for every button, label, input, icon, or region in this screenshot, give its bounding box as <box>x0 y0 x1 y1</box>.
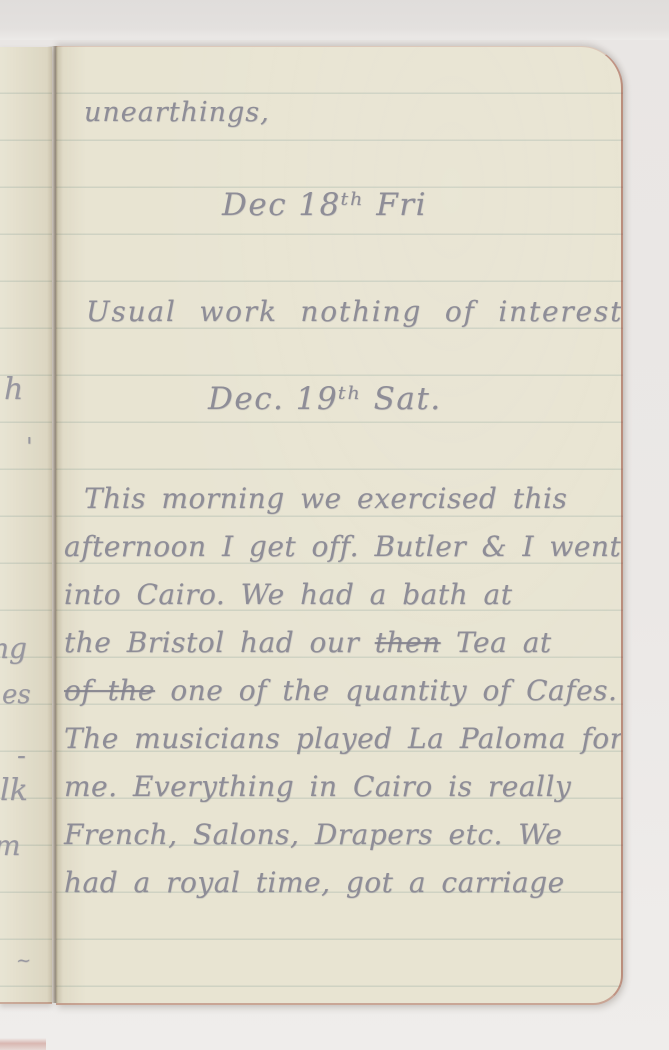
handwritten-line: me. Everything in Cairo is really <box>64 763 623 811</box>
entry-date-heading: Dec 18ᵗʰ Fri <box>222 187 427 223</box>
red-cover-edge <box>0 1038 46 1050</box>
facing-page-text-fragment: m <box>0 829 21 862</box>
book-gutter-shadow <box>47 46 63 1003</box>
facing-page-edge: h ' ng es - lk m ~ <box>0 47 52 1004</box>
word-run: into Cairo. We had a bath at <box>64 578 512 611</box>
word-run: This morning we exercised this <box>84 482 567 515</box>
word-run: the Bristol had our <box>64 626 375 659</box>
word-run: French, Salons, Drapers etc. We <box>64 818 562 851</box>
facing-page-text-fragment: lk <box>0 773 28 808</box>
facing-page-text-fragment: h <box>4 372 23 407</box>
word-run: had a royal time, got a carriage <box>64 866 565 899</box>
handwritten-line: into Cairo. We had a bath at <box>64 571 623 619</box>
handwritten-line: had a royal time, got a carriage <box>64 859 623 907</box>
word-run: one of the quantity of Cafes. <box>155 674 617 707</box>
word-run: Usual work nothing of interest. <box>86 295 623 328</box>
facing-page-text-fragment: ng <box>0 632 27 665</box>
handwritten-line: This morning we exercised this <box>64 475 623 523</box>
entry-body: Usual work nothing of interest. <box>86 288 623 336</box>
struck-word: of the <box>64 674 155 707</box>
facing-page-text-fragment: ~ <box>16 950 31 971</box>
facing-page-text-fragment: - <box>17 741 26 771</box>
entry-body: This morning we exercised thisafternoon … <box>64 475 623 907</box>
handwritten-line: French, Salons, Drapers etc. We <box>64 811 623 859</box>
facing-page-text-fragment: es <box>2 680 31 710</box>
handwritten-line: Usual work nothing of interest. <box>86 288 623 336</box>
word-run: afternoon I get off. Butler & I went <box>64 530 621 563</box>
handwritten-line: afternoon I get off. Butler & I went <box>64 523 623 571</box>
word-run: The musicians played La Paloma for <box>64 722 623 755</box>
facing-page-text-fragment: ' <box>26 433 33 461</box>
photo-backdrop-top <box>0 0 669 40</box>
handwritten-line: the Bristol had our then Tea at <box>64 619 623 667</box>
handwritten-line: of the one of the quantity of Cafes. <box>64 667 623 715</box>
handwritten-continuation-line: unearthings, <box>84 97 270 128</box>
entry-date-heading: Dec. 19ᵗʰ Sat. <box>208 381 442 417</box>
diary-page: unearthings, Dec 18ᵗʰ Fri Usual work not… <box>56 46 623 1005</box>
word-run: me. Everything in Cairo is really <box>64 770 571 803</box>
handwritten-line: The musicians played La Paloma for <box>64 715 623 763</box>
struck-word: then <box>375 626 441 659</box>
word-run: Tea at <box>441 626 552 659</box>
scanned-diary-photo: { "scan": { "backdrop_color": "#e9e6e4",… <box>0 0 669 1050</box>
